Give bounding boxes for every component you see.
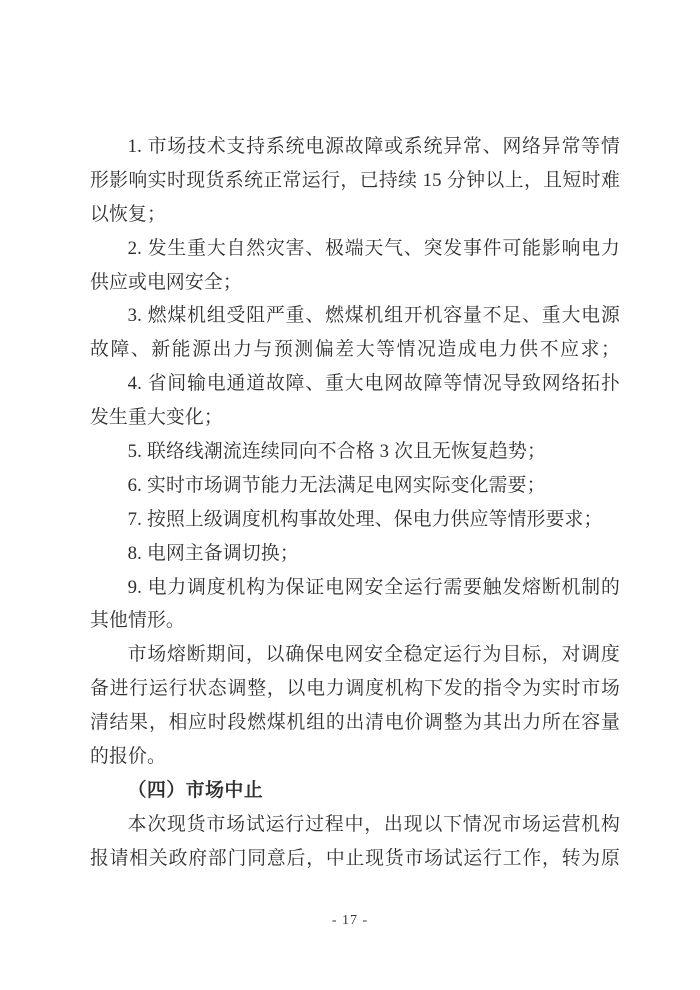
section-heading-market-suspension: （四）市场中止	[90, 774, 620, 808]
list-item-1-continuation: 以恢复；	[90, 198, 620, 232]
list-item-9: 9. 电力调度机构为保证电网安全运行需要触发熔断机制的	[90, 571, 620, 605]
list-item-9-continuation: 其他情形。	[90, 604, 620, 638]
paragraph-market-fusing-continuation: 清结果，相应时段燃煤机组的出清电价调整为其出力所在容量段	[90, 706, 620, 740]
paragraph-market-suspension: 本次现货市场试运行过程中，出现以下情况市场运营机构经	[90, 808, 620, 842]
list-item-3-continuation: 故障、新能源出力与预测偏差大等情况造成电力供不应求；	[90, 333, 620, 367]
paragraph-market-fusing-continuation: 的报价。	[90, 740, 620, 774]
list-item-2: 2. 发生重大自然灾害、极端天气、突发事件可能影响电力	[90, 232, 620, 266]
list-item-8: 8. 电网主备调切换；	[90, 537, 620, 571]
paragraph-market-fusing: 市场熔断期间，以确保电网安全稳定运行为目标，对调度设	[90, 638, 620, 672]
list-item-3: 3. 燃煤机组受阻严重、燃煤机组开机容量不足、重大电源	[90, 299, 620, 333]
paragraph-market-suspension-continuation: 报请相关政府部门同意后，中止现货市场试运行工作，转为原有	[90, 842, 620, 876]
list-item-4-continuation: 发生重大变化；	[90, 401, 620, 435]
list-item-1-continuation: 形影响实时现货系统正常运行，已持续 15 分钟以上，且短时难	[90, 164, 620, 198]
list-item-1: 1. 市场技术支持系统电源故障或系统异常、网络异常等情	[90, 130, 620, 164]
page-number: - 17 -	[332, 913, 368, 928]
list-item-5: 5. 联络线潮流连续同向不合格 3 次且无恢复趋势；	[90, 435, 620, 469]
list-item-4: 4. 省间输电通道故障、重大电网故障等情况导致网络拓扑	[90, 367, 620, 401]
document-page: 1. 市场技术支持系统电源故障或系统异常、网络异常等情 形影响实时现货系统正常运…	[0, 0, 700, 990]
list-item-2-continuation: 供应或电网安全；	[90, 266, 620, 300]
list-item-7: 7. 按照上级调度机构事故处理、保电力供应等情形要求；	[90, 503, 620, 537]
paragraph-market-fusing-continuation: 备进行运行状态调整，以电力调度机构下发的指令为实时市场出	[90, 672, 620, 706]
document-body: 1. 市场技术支持系统电源故障或系统异常、网络异常等情 形影响实时现货系统正常运…	[90, 130, 620, 876]
page-footer: - 17 -	[0, 910, 700, 932]
list-item-6: 6. 实时市场调节能力无法满足电网实际变化需要；	[90, 469, 620, 503]
